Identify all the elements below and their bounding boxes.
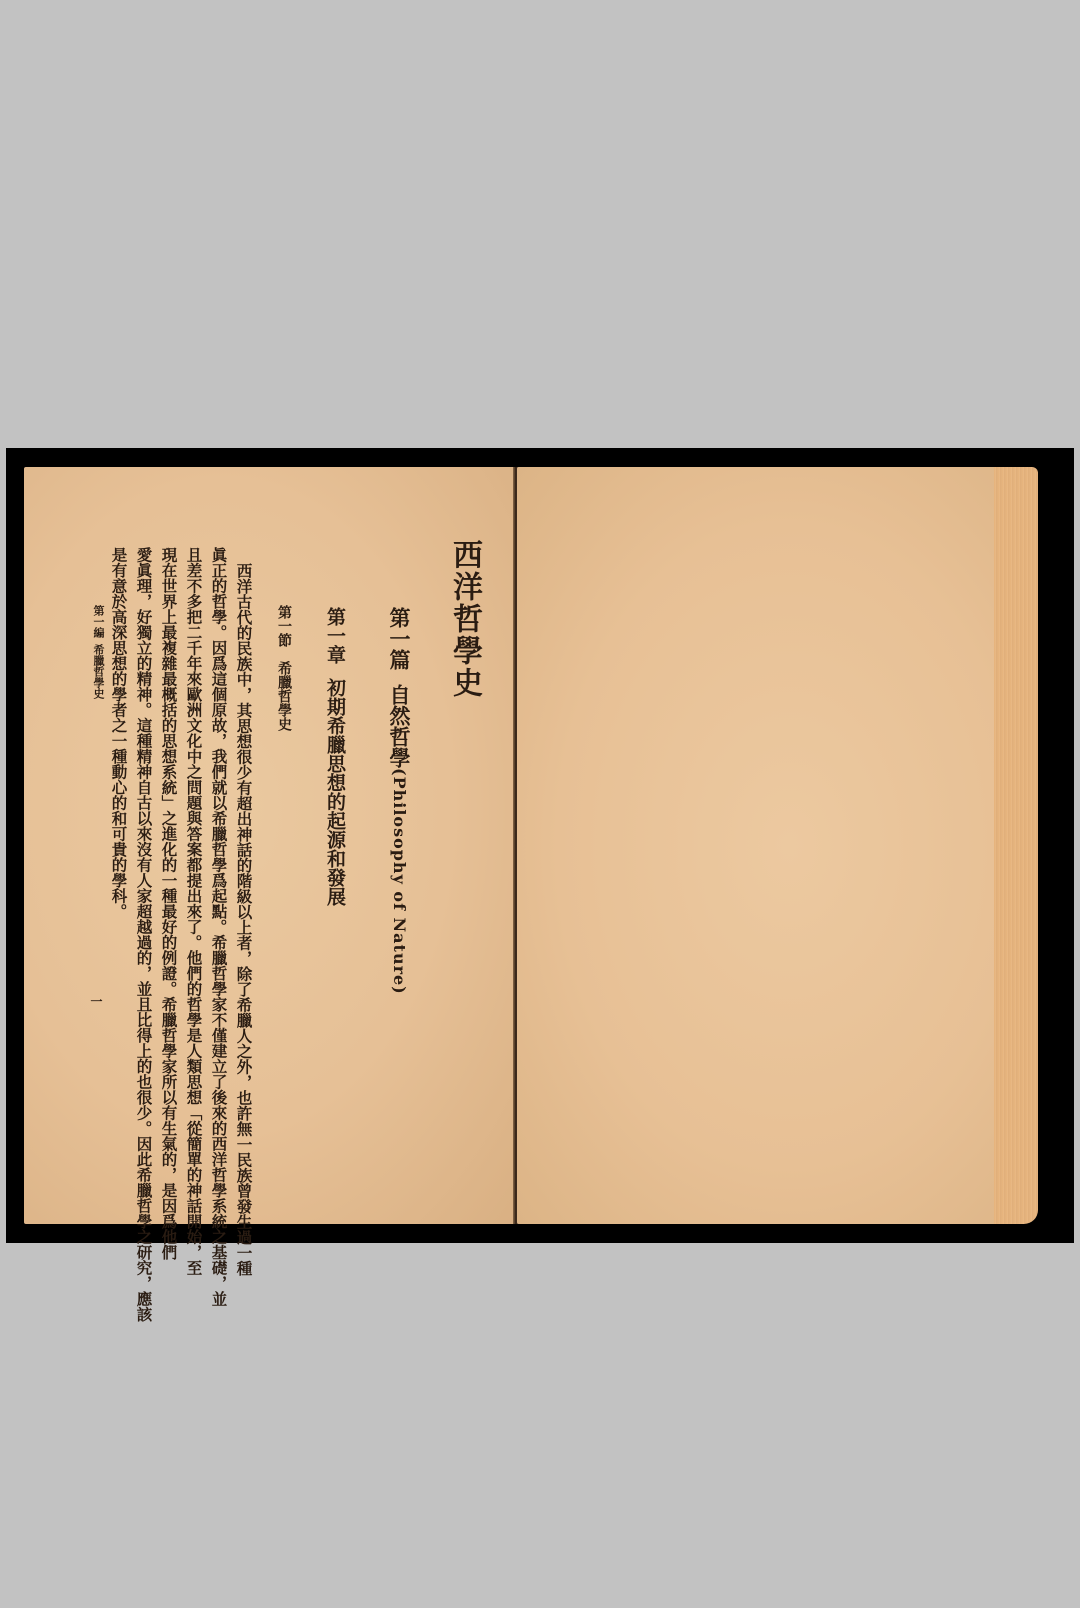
scanned-book-spread: 西洋哲學史 第一篇自然哲學(Philosophy of Nature) 第一章初… — [6, 448, 1074, 1243]
body-line-2: 眞正的哲學。因爲這個原故，我們就以希臘哲學爲起點。希臘哲學家不僅建立了後來的西洋… — [211, 547, 227, 1307]
left-page: 西洋哲學史 第一篇自然哲學(Philosophy of Nature) 第一章初… — [24, 467, 516, 1224]
footer-title: 希臘哲學史 — [92, 644, 105, 699]
page-edges — [994, 467, 1038, 1224]
footer-part: 第一編 — [92, 605, 105, 638]
body-line-6: 是有意於高深思想的學者之一種動心的和可貴的學科。 — [111, 547, 127, 919]
part-english: (Philosophy of Nature) — [390, 768, 409, 995]
section-name: 希臘哲學史 — [276, 661, 292, 731]
section-label: 第一節 — [276, 605, 292, 647]
body-line-1: 西洋古代的民族中，其思想很少有超出神話的階級以上者，除了希臘人之外，也許無一民族… — [236, 563, 252, 1276]
part-label: 第一篇 — [387, 607, 412, 670]
book-title: 西洋哲學史 — [442, 539, 486, 699]
body-line-4: 現在世界上最複雜最概括的思想系統」之進化的一種最好的例證。希臘哲學家所以有生氣的… — [161, 547, 177, 1260]
right-page-blank — [517, 467, 1012, 1224]
part-heading: 第一篇自然哲學(Philosophy of Nature) — [384, 607, 414, 995]
body-line-3: 且差不多把二千年來歐洲文化中之問題與答案都提出來了。他們的哲學是人類思想「從簡單… — [186, 547, 202, 1276]
running-footer: 第一編希臘哲學史 — [90, 605, 106, 699]
chapter-name: 初期希臘思想的起源和發展 — [324, 678, 346, 906]
part-name: 自然哲學 — [387, 684, 412, 768]
page-number: 一 — [88, 995, 105, 1007]
chapter-heading: 第一章初期希臘思想的起源和發展 — [322, 607, 349, 906]
body-line-5: 愛眞理，好獨立的精神。這種精神自古以來沒有人家超越過的，並且比得上的也很少。因此… — [136, 547, 152, 1322]
chapter-label: 第一章 — [324, 607, 346, 664]
section-heading: 第一節希臘哲學史 — [274, 605, 294, 731]
